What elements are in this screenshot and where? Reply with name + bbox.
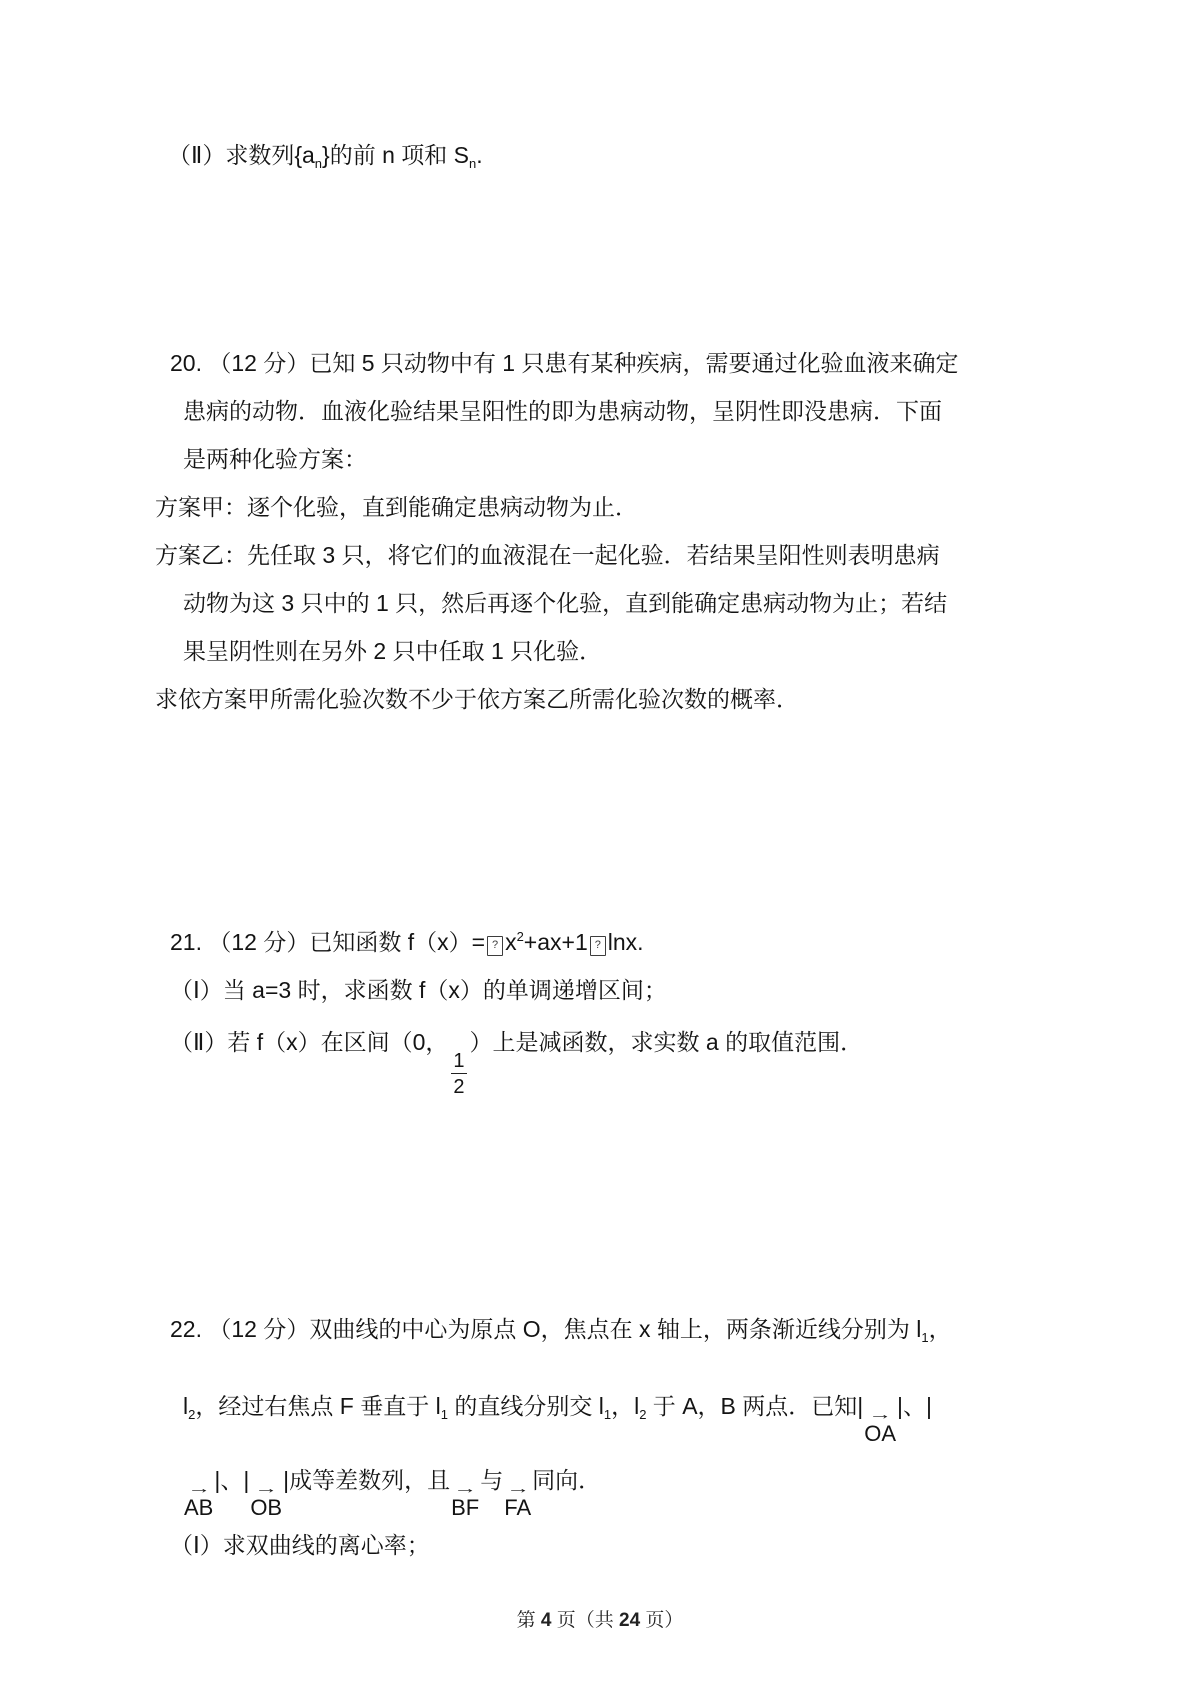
q21-superscript-2: 2 [517, 929, 524, 944]
missing-glyph-box: ? [487, 936, 503, 956]
q22-l3-text-c: 与 [480, 1467, 503, 1493]
q20-plan-b-line-2: 动物为这 3 只中的 1 只，然后再逐个化验，直到能确定患病动物为止；若结 [183, 579, 1200, 627]
q20-line-3: 是两种化验方案： [183, 435, 1200, 483]
q19-subscript-n-1: n [315, 156, 322, 171]
question-22: 22. （12 分）双曲线的中心为原点 O，焦点在 x 轴上，两条渐近线分别为 … [0, 1305, 1200, 1569]
fraction-one-half: 12 [451, 1050, 466, 1100]
q22-l3-text-b: |成等差数列，且 [283, 1467, 450, 1493]
vector-arrow-icon: → [187, 1484, 211, 1495]
vector-arrow-icon: → [868, 1410, 892, 1421]
vector-OB: →OB [250, 1484, 282, 1521]
footer-prefix: 第 [517, 1610, 541, 1631]
vector-OA: →OA [864, 1410, 896, 1447]
footer-page-number: 4 [541, 1610, 552, 1631]
q22-l2-sub-1a: 1 [441, 1407, 448, 1422]
q22-stem-line-2: l2，经过右焦点 F 垂直于 l1 的直线分别交 l1，l2 于 A，B 两点．… [183, 1382, 1200, 1447]
q22-part1-line: （Ⅰ）求双曲线的离心率； [170, 1521, 1200, 1569]
vector-AB-label: AB [184, 1495, 213, 1521]
vector-BF-label: BF [451, 1495, 479, 1521]
question-20: 20. （12 分）已知 5 只动物中有 1 只患有某种疾病，需要通过化验血液来… [0, 339, 1200, 723]
q22-l1-text: 22. （12 分）双曲线的中心为原点 O，焦点在 x 轴上，两条渐近线分别为 … [170, 1316, 921, 1342]
q19-text-middle: }的前 n 项和 S [322, 142, 469, 168]
footer-middle: 页（共 [551, 1610, 619, 1631]
q22-l2-text-c: ，l [611, 1393, 639, 1419]
q21-stem-prefix: 21. （12 分）已知函数 f（x）= [170, 929, 485, 955]
q21-stem-middle: +ax+1 [524, 929, 588, 955]
question-21: 21. （12 分）已知函数 f（x）=?x2+ax+1?lnx. （Ⅰ）当 a… [0, 913, 1200, 1070]
q20-plan-a-line: 方案甲：逐个化验，直到能确定患病动物为止． [155, 483, 1200, 531]
q19-text-prefix: （Ⅱ）求数列{a [168, 142, 315, 168]
q21-stem-end: lnx. [608, 929, 644, 955]
q22-stem-line-3: →AB|、|→OB|成等差数列，且→BF与→FA同向． [183, 1456, 1200, 1521]
q21-stem-line: 21. （12 分）已知函数 f（x）=?x2+ax+1?lnx. [170, 913, 1200, 966]
q22-l2-text-b: 的直线分别交 l [448, 1393, 604, 1419]
q19-text-end: . [476, 142, 482, 168]
q20-plan-b-line-1: 方案乙：先任取 3 只，将它们的血液混在一起化验．若结果呈阳性则表明患病 [155, 531, 1200, 579]
q22-l2-text-a: ，经过右焦点 F 垂直于 l [195, 1393, 440, 1419]
footer-total-pages: 24 [619, 1610, 640, 1631]
q22-l3-text-a: |、| [214, 1467, 249, 1493]
question-19-part2: （Ⅱ）求数列{an}的前 n 项和 Sn. [168, 131, 1200, 188]
vector-OA-label: OA [864, 1421, 896, 1447]
missing-glyph-box: ? [590, 936, 606, 956]
vector-arrow-icon: → [506, 1484, 530, 1495]
q21-part2-suffix: ）上是减函数，求实数 a 的取值范围． [470, 1029, 864, 1055]
q21-var-x: x [505, 929, 517, 955]
q22-subscript-1: 1 [921, 1330, 928, 1345]
vector-OB-label: OB [250, 1495, 282, 1521]
q22-l2-text-e: |、| [897, 1393, 932, 1419]
q20-plan-b-line-3: 果呈阴性则在另外 2 只中任取 1 只化验． [183, 627, 1200, 675]
fraction-numerator: 1 [451, 1050, 466, 1073]
q22-l3-text-d: 同向． [532, 1467, 601, 1493]
q21-part2-prefix: （Ⅱ）若 f（x）在区间（0， [170, 1029, 448, 1055]
exam-paper-page: （Ⅱ）求数列{an}的前 n 项和 Sn. 20. （12 分）已知 5 只动物… [0, 0, 1200, 1698]
page-footer: 第 4 页（共 24 页） [0, 1597, 1200, 1645]
q22-l2-text-d: 于 A，B 两点．已知| [646, 1393, 863, 1419]
vector-BF: →BF [451, 1484, 479, 1521]
fraction-denominator: 2 [451, 1073, 466, 1100]
vector-arrow-icon: → [453, 1484, 477, 1495]
vector-FA-label: FA [504, 1495, 531, 1521]
q21-part2-line: （Ⅱ）若 f（x）在区间（0，12）上是减函数，求实数 a 的取值范围． [170, 1014, 1200, 1070]
q22-l1-comma: ， [929, 1316, 952, 1342]
vector-arrow-icon: → [254, 1484, 278, 1495]
vector-AB: →AB [184, 1484, 213, 1521]
q20-line-2: 患病的动物．血液化验结果呈阳性的即为患病动物，呈阴性即没患病．下面 [183, 387, 1200, 435]
q22-l2-sub-1b: 1 [604, 1407, 611, 1422]
q21-part1-line: （Ⅰ）当 a=3 时，求函数 f（x）的单调递增区间； [170, 966, 1200, 1014]
q20-line-1: 20. （12 分）已知 5 只动物中有 1 只患有某种疾病，需要通过化验血液来… [170, 339, 1200, 387]
vector-FA: →FA [504, 1484, 531, 1521]
footer-suffix: 页） [640, 1610, 683, 1631]
q22-stem-line-1: 22. （12 分）双曲线的中心为原点 O，焦点在 x 轴上，两条渐近线分别为 … [170, 1305, 1200, 1362]
q20-task-line: 求依方案甲所需化验次数不少于依方案乙所需化验次数的概率． [155, 675, 1200, 723]
